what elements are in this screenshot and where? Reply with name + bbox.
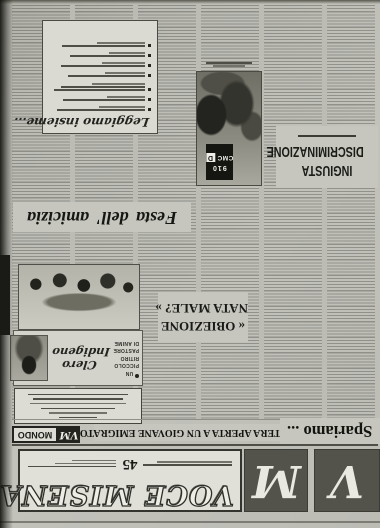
summary-list-item [49,95,151,102]
bullet-square-icon [148,74,151,77]
headline-line: DISCRIMINAZIONE [290,142,363,161]
headline-ingiusta-discriminazione: INGIUSTA DISCRIMINAZIONE [276,126,378,188]
bullet-square-icon [148,44,151,47]
street-photo-figure: CMC D 910 [196,60,262,186]
bullet-square-icon [148,54,151,57]
vm-mondo-badge: VM MONDO [12,426,80,443]
cmc-sign: CMC D 910 [206,144,233,180]
edition-info-placeholder [28,458,117,468]
summary-item-text-placeholder [49,95,145,102]
clero-kicker-text: UN PICCOLO RITIRO PASTORE DI ANIME [113,340,139,376]
mondo-badge: MONDO [12,426,58,443]
summary-list-item [49,71,151,78]
scan-gutter-shadow [0,0,13,528]
group-photo [18,264,140,330]
clero-indigeno-box: UN PICCOLO RITIRO PASTORE DI ANIME Clero… [13,330,143,386]
byline-placeholder [298,135,356,138]
summary-item-text-placeholder [49,82,145,92]
bullet-square-icon [148,98,151,101]
masthead-title-box: VOCE MISENA 45 [18,449,242,512]
issue-number: 45 [123,455,138,472]
headline-line: « OBIEZIONE [158,317,248,335]
headline-line: INGIUSTA [290,160,363,179]
sign-cmc-label: CMC [217,154,233,161]
headline-festa-amicizia: Festa dell' amicizia [13,202,191,232]
logo-tile-v: V [314,449,380,512]
summary-list-item [49,82,151,92]
logo-letter-m: M [252,455,301,506]
masthead-meta-row: 45 [26,453,234,472]
street-photo: CMC D 910 [196,71,262,186]
summary-box: Leggiamo insieme... [42,20,158,134]
summary-list-item [49,41,151,48]
headline-line: NATA MALE? » [158,299,248,317]
summary-item-text-placeholder [49,71,145,78]
headline-text: Festa dell' amicizia [27,207,177,228]
newspaper-title: VOCE MISENA [26,480,234,508]
summary-list-item [49,105,151,112]
bullet-dot-icon [135,374,139,378]
headline-text: LETTERA APERTA A UN GIOVANE EMIGRATO [80,427,301,438]
newspaper-page-scan-rotated: Leggiamo insieme... CMC D 910 [0,0,380,528]
edition-info-placeholder [144,460,233,467]
page-bottom-rule [0,521,380,523]
logo-letter-v: V [330,455,364,506]
summary-list-item [49,61,151,68]
summary-item-text-placeholder [49,51,145,58]
priest-photo [10,335,48,381]
clero-title: Clero Indigeno [50,345,111,371]
summary-item-text-placeholder [49,41,145,48]
headline-text: Spariamo ... [287,421,372,441]
sign-letter: D [206,153,215,162]
photo-caption-placeholder [196,62,262,68]
vm-badge: VM [58,426,80,443]
summary-list-item [49,51,151,58]
bullet-square-icon [148,64,151,67]
scan-top-shadow [0,0,380,4]
sign-number: 910 [212,164,227,171]
headline-lettera-aperta: LETTERA APERTA A UN GIOVANE EMIGRATO [94,424,286,441]
summary-item-text-placeholder [49,61,145,68]
summary-item-text-placeholder [49,105,145,112]
logo-tile-m: M [244,449,308,512]
summary-box-title: Leggiamo insieme... [48,116,150,128]
masthead-rule [12,444,378,446]
bullet-square-icon [148,88,151,91]
headline-spariamo: Spariamo ... [280,418,380,444]
bullet-square-icon [148,108,151,111]
headline-obiezione-nata-male: « OBIEZIONE NATA MALE? » [158,292,248,342]
clero-kicker: UN PICCOLO RITIRO PASTORE DI ANIME [113,338,139,378]
